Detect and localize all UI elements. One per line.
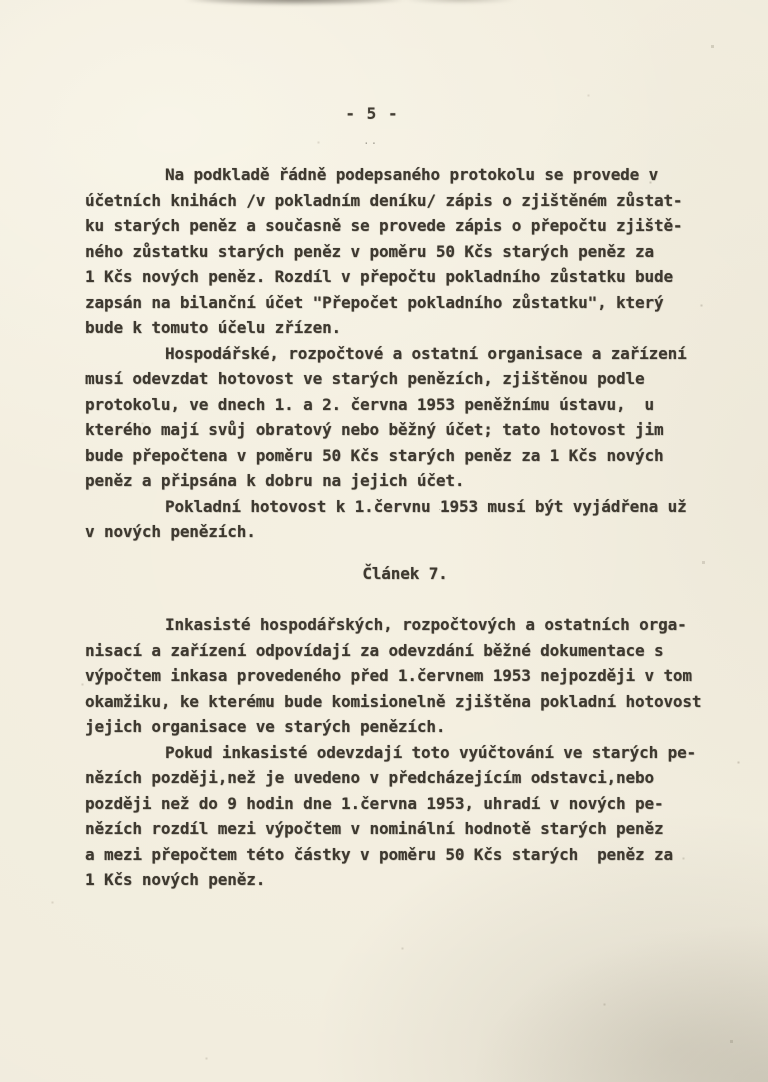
text-line: 1 Kčs nových peněz. (85, 867, 725, 893)
text-line: nězích později,než je uvedeno v předcház… (85, 765, 725, 791)
bottom-right-scan-shadow (468, 922, 768, 1082)
text-line: ného zůstatku starých peněz v poměru 50 … (85, 239, 725, 265)
text-line: účetních knihách /v pokladním deníku/ zá… (85, 188, 725, 214)
text-line: peněz a připsána k dobru na jejich účet. (85, 468, 725, 494)
text-line: 1 Kčs nových peněz. Rozdíl v přepočtu po… (85, 264, 725, 290)
text-line: ku starých peněz a současně se provede z… (85, 213, 725, 239)
document-body: Na podkladě řádně podepsaného protokolu … (85, 162, 725, 893)
text-line: nisací a zařízení odpovídají za odevzdán… (85, 638, 725, 664)
text-line: kterého mají svůj obratový nebo běžný úč… (85, 417, 725, 443)
text-line: jejich organisace ve starých penězích. (85, 714, 725, 740)
paper-speckles (0, 0, 1, 1)
text-line: Pokud inkasisté odevzdají toto vyúčtován… (85, 740, 725, 766)
article-heading: Článek 7. (85, 561, 725, 587)
text-line: bude k tomuto účelu zřízen. (85, 315, 725, 341)
text-line: v nových penězích. (85, 519, 725, 545)
paragraph-4: Inkasisté hospodářských, rozpočtových a … (85, 612, 725, 740)
top-edge-ink-smudge-faint (400, 0, 520, 4)
paragraph-2: Hospodářské, rozpočtové a ostatní organi… (85, 341, 725, 494)
text-line: nězích rozdíl mezi výpočtem v nominální … (85, 816, 725, 842)
text-line: Inkasisté hospodářských, rozpočtových a … (85, 612, 725, 638)
top-edge-ink-smudge (185, 0, 405, 5)
text-line: zapsán na bilanční účet "Přepočet poklad… (85, 290, 725, 316)
text-line: později než do 9 hodin dne 1.června 1953… (85, 791, 725, 817)
text-line: okamžiku, ke kterému bude komisionelně z… (85, 689, 725, 715)
paragraph-3: Pokladní hotovost k 1.červnu 1953 musí b… (85, 494, 725, 545)
text-line: Pokladní hotovost k 1.červnu 1953 musí b… (85, 494, 725, 520)
page-number: - 5 - (0, 104, 744, 123)
text-line: bude přepočtena v poměru 50 Kčs starých … (85, 443, 725, 469)
scanned-document-page: - 5 - .. Na podkladě řádně podepsaného p… (0, 0, 768, 1082)
text-line: a mezi přepočtem této částky v poměru 50… (85, 842, 725, 868)
paragraph-5: Pokud inkasisté odevzdají toto vyúčtován… (85, 740, 725, 893)
faded-ink-artifact: ‥ (438, 502, 447, 513)
text-line: Na podkladě řádně podepsaného protokolu … (85, 162, 725, 188)
text-line: výpočtem inkasa provedeného před 1.červn… (85, 663, 725, 689)
page-number-artifact: .. (363, 134, 378, 147)
paragraph-1: Na podkladě řádně podepsaného protokolu … (85, 162, 725, 341)
text-line: musí odevzdat hotovost ve starých penězí… (85, 366, 725, 392)
text-line: Hospodářské, rozpočtové a ostatní organi… (85, 341, 725, 367)
text-line: protokolu, ve dnech 1. a 2. června 1953 … (85, 392, 725, 418)
